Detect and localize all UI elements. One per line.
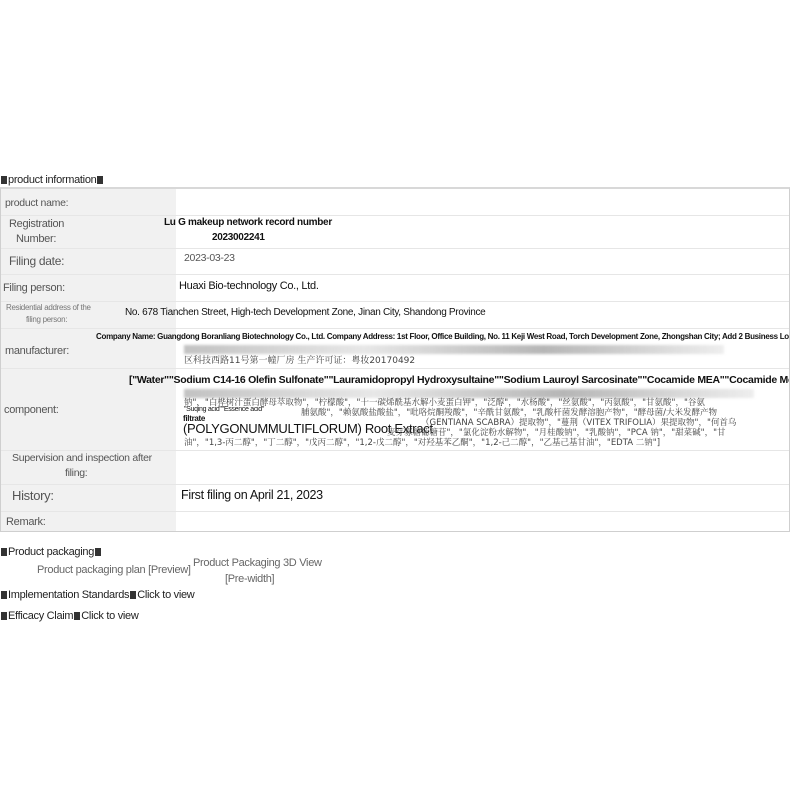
bracket-icon [1,176,7,184]
row-filing-person: Filing person: Huaxi Bio-technology Co.,… [1,274,789,302]
bracket-icon [1,548,7,556]
component-value-1: ["Water""Sodium C14-16 Olefin Sulfonate"… [129,374,789,386]
row-residential-address: Residential address of the filing person… [1,301,789,329]
filing-person-label: Filing person: [3,280,65,296]
row-history: History: First filing on April 21, 2023 [1,484,789,512]
efficacy-claim-view-link[interactable]: Click to view [81,610,138,622]
bracket-icon [74,612,80,620]
manufacturer-value-3: 区科技西路11号第一幢厂房 生产许可证：粤妆20170492 [184,353,415,366]
bracket-icon [95,548,101,556]
row-supervision: Supervision and inspection after filing: [1,450,789,485]
supervision-label-2: filing: [65,465,87,481]
remark-label: Remark: [6,514,45,530]
registration-number-label-1: Registration [9,216,64,232]
component-value-7-cn: 油"，"1,3-丙二醇"，"丁二醇"，"戊丙二醇"，"1,2-戊二醇"，"对羟基… [184,436,660,448]
component-value-4-en: "Suqing acid""Essence acid" [184,406,264,413]
packaging-3d-pre-width-link[interactable]: [Pre-width] [225,573,274,585]
registration-number-value-1: Lu G makeup network record number [164,217,332,228]
supervision-label-1: Supervision and inspection after [12,450,152,466]
implementation-standards-view-link[interactable]: Click to view [137,589,194,601]
history-label: History: [12,488,54,504]
product-information-heading: product information [0,174,104,186]
filing-date-label: Filing date: [9,253,64,269]
implementation-standards-row: Implementation StandardsClick to view [0,589,194,601]
packaging-3d-view-link[interactable]: Product Packaging 3D View [193,557,322,569]
row-product-name: product name: [1,189,789,216]
product-info-table: product name: Registration Number: Lu G … [0,187,790,532]
row-registration-number: Registration Number: Lu G makeup network… [1,215,789,249]
component-label: component: [4,402,58,418]
row-component: component: ["Water""Sodium C14-16 Olefin… [1,368,789,451]
bracket-icon [1,591,7,599]
bracket-icon [130,591,136,599]
bracket-icon [1,612,7,620]
row-filing-date: Filing date: 2023-03-23 [1,248,789,275]
manufacturer-label: manufacturer: [5,343,69,359]
product-name-label: product name: [5,195,68,211]
row-remark: Remark: [1,511,789,532]
residential-address-label-2: filing person: [26,314,67,326]
manufacturer-value-1: Company Name: Guangdong Boranliang Biote… [96,332,789,341]
registration-number-label-2: Number: [16,231,56,247]
residential-address-label-1: Residential address of the [6,302,91,314]
row-manufacturer: manufacturer: Company Name: Guangdong Bo… [1,328,789,369]
history-value: First filing on April 21, 2023 [181,488,323,502]
registration-number-value-2: 2023002241 [212,232,265,243]
bracket-icon [97,176,103,184]
filing-date-value: 2023-03-23 [184,252,235,264]
filing-person-value: Huaxi Bio-technology Co., Ltd. [179,280,319,292]
residential-address-value: No. 678 Tianchen Street, High-tech Devel… [125,307,485,318]
packaging-plan-preview-link[interactable]: Product packaging plan [Preview] [37,564,191,576]
product-packaging-heading: Product packaging [0,546,102,558]
efficacy-claim-row: Efficacy ClaimClick to view [0,610,139,622]
